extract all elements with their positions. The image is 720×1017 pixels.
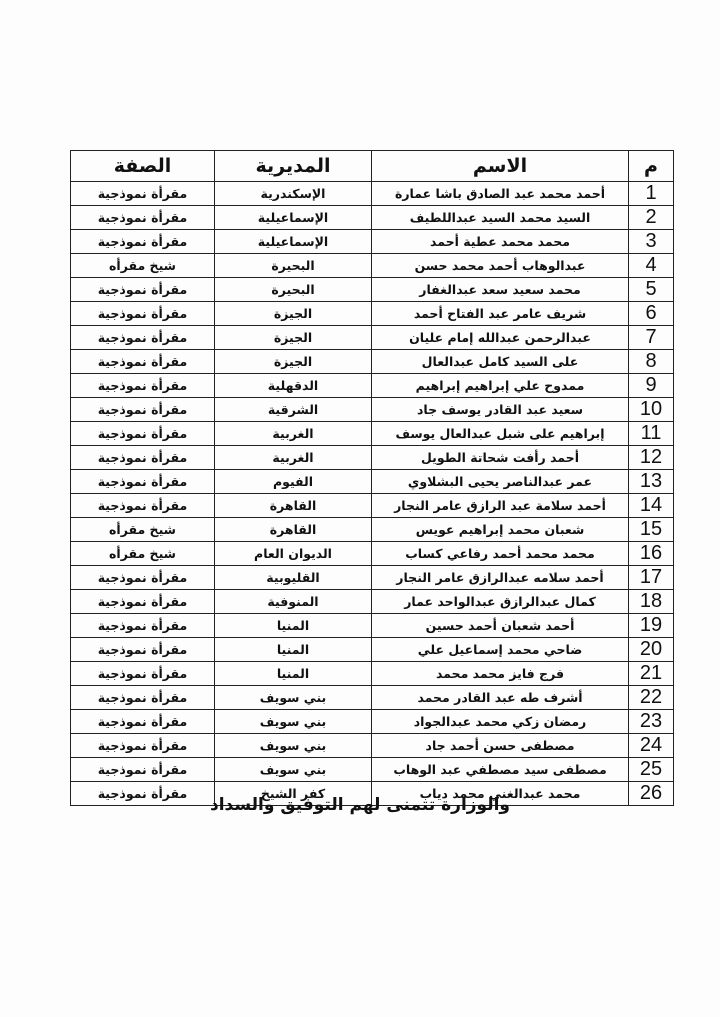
table-row: 10سعيد عبد القادر يوسف جادالشرقيةمقرأة ن… [71,398,674,422]
row-directorate: المنيا [215,638,372,662]
table-row: 24مصطفى حسن أحمد جادبني سويفمقرأة نموذجي… [71,734,674,758]
table-row: 22أشرف طه عبد القادر محمدبني سويفمقرأة ن… [71,686,674,710]
table-row: 11إبراهيم على شبل عبدالعال يوسفالغربيةمق… [71,422,674,446]
row-role: مقرأة نموذجية [71,398,215,422]
table-row: 6شريف عامر عبد الفتاح أحمدالجيزةمقرأة نم… [71,302,674,326]
row-number: 10 [629,398,674,422]
table-row: 21فرج فايز محمد محمدالمنيامقرأة نموذجية [71,662,674,686]
row-role: مقرأة نموذجية [71,278,215,302]
row-number: 15 [629,518,674,542]
row-name: أحمد سلامة عبد الرازق عامر النجار [372,494,629,518]
row-number: 14 [629,494,674,518]
row-number: 12 [629,446,674,470]
row-number: 5 [629,278,674,302]
row-name: السيد محمد السيد عبداللطيف [372,206,629,230]
row-directorate: بني سويف [215,710,372,734]
row-role: مقرأة نموذجية [71,734,215,758]
row-number: 8 [629,350,674,374]
row-role: مقرأة نموذجية [71,206,215,230]
closing-text: والوزارة تتمنى لهم التوفيق والسداد [0,795,720,815]
row-role: شيخ مقرأه [71,518,215,542]
row-role: مقرأة نموذجية [71,590,215,614]
row-role: مقرأة نموذجية [71,566,215,590]
row-number: 25 [629,758,674,782]
row-role: شيخ مقرأه [71,542,215,566]
row-role: مقرأة نموذجية [71,350,215,374]
row-directorate: المنيا [215,662,372,686]
row-name: عمر عبدالناصر يحيى البشلاوي [372,470,629,494]
row-number: 19 [629,614,674,638]
row-number: 9 [629,374,674,398]
row-role: مقرأة نموذجية [71,422,215,446]
table-row: 16محمد محمد أحمد رفاعي كسابالديوان العام… [71,542,674,566]
row-directorate: القاهرة [215,518,372,542]
row-directorate: الدقهلية [215,374,372,398]
row-directorate: المنوفية [215,590,372,614]
row-number: 23 [629,710,674,734]
row-number: 4 [629,254,674,278]
row-directorate: الجيزة [215,326,372,350]
table-row: 12أحمد رأفت شحاتة الطويلالغربيةمقرأة نمو… [71,446,674,470]
row-role: مقرأة نموذجية [71,182,215,206]
table-header-row: م الاسم المديرية الصفة [71,151,674,182]
header-num: م [629,151,674,182]
row-directorate: الغربية [215,422,372,446]
row-number: 7 [629,326,674,350]
row-directorate: القليوبية [215,566,372,590]
row-role: مقرأة نموذجية [71,446,215,470]
row-name: ممدوح علي إبراهيم إبراهيم [372,374,629,398]
row-name: سعيد عبد القادر يوسف جاد [372,398,629,422]
row-number: 2 [629,206,674,230]
table-row: 1أحمد محمد عبد الصادق باشا عمارةالإسكندر… [71,182,674,206]
table-row: 9ممدوح علي إبراهيم إبراهيمالدقهليةمقرأة … [71,374,674,398]
table-row: 17أحمد سلامه عبدالرازق عامر النجارالقليو… [71,566,674,590]
row-number: 24 [629,734,674,758]
row-directorate: الجيزة [215,302,372,326]
row-role: مقرأة نموذجية [71,302,215,326]
table-row: 23رمضان زكي محمد عبدالجوادبني سويفمقرأة … [71,710,674,734]
row-name: محمد محمد أحمد رفاعي كساب [372,542,629,566]
row-directorate: المنيا [215,614,372,638]
header-name: الاسم [372,151,629,182]
row-directorate: الشرقية [215,398,372,422]
row-directorate: الإسكندرية [215,182,372,206]
row-name: أشرف طه عبد القادر محمد [372,686,629,710]
row-role: مقرأة نموذجية [71,710,215,734]
table-row: 13عمر عبدالناصر يحيى البشلاويالفيوممقرأة… [71,470,674,494]
table-row: 5محمد سعيد سعد عبدالغفارالبحيرةمقرأة نمو… [71,278,674,302]
row-directorate: القاهرة [215,494,372,518]
header-directorate: المديرية [215,151,372,182]
table-row: 25مصطفى سيد مصطفي عبد الوهاببني سويفمقرأ… [71,758,674,782]
table-row: 4عبدالوهاب أحمد محمد حسنالبحيرةشيخ مقرأه [71,254,674,278]
table-row: 19أحمد شعبان أحمد حسينالمنيامقرأة نموذجي… [71,614,674,638]
row-number: 22 [629,686,674,710]
row-name: شعبان محمد إبراهيم عويس [372,518,629,542]
reciters-table: م الاسم المديرية الصفة 1أحمد محمد عبد ال… [70,150,674,806]
row-directorate: الديوان العام [215,542,372,566]
document-page: م الاسم المديرية الصفة 1أحمد محمد عبد ال… [0,0,720,1017]
row-name: كمال عبدالرازق عبدالواحد عمار [372,590,629,614]
row-name: محمد سعيد سعد عبدالغفار [372,278,629,302]
row-name: مصطفى حسن أحمد جاد [372,734,629,758]
row-role: مقرأة نموذجية [71,758,215,782]
row-number: 20 [629,638,674,662]
row-directorate: بني سويف [215,686,372,710]
row-number: 21 [629,662,674,686]
row-role: مقرأة نموذجية [71,494,215,518]
table-row: 2السيد محمد السيد عبداللطيفالإسماعيليةمق… [71,206,674,230]
table-row: 3محمد محمد عطية أحمدالإسماعيليةمقرأة نمو… [71,230,674,254]
row-role: شيخ مقرأه [71,254,215,278]
row-number: 17 [629,566,674,590]
row-directorate: بني سويف [215,734,372,758]
row-name: عبدالرحمن عبدالله إمام عليان [372,326,629,350]
row-name: ضاحي محمد إسماعيل علي [372,638,629,662]
row-directorate: الجيزة [215,350,372,374]
row-directorate: الإسماعيلية [215,206,372,230]
row-name: أحمد رأفت شحاتة الطويل [372,446,629,470]
table-body: 1أحمد محمد عبد الصادق باشا عمارةالإسكندر… [71,182,674,806]
row-directorate: الإسماعيلية [215,230,372,254]
row-name: مصطفى سيد مصطفي عبد الوهاب [372,758,629,782]
table-row: 7عبدالرحمن عبدالله إمام عليانالجيزةمقرأة… [71,326,674,350]
row-role: مقرأة نموذجية [71,638,215,662]
table-row: 20ضاحي محمد إسماعيل عليالمنيامقرأة نموذج… [71,638,674,662]
row-directorate: البحيرة [215,278,372,302]
row-name: على السيد كامل عبدالعال [372,350,629,374]
row-name: أحمد شعبان أحمد حسين [372,614,629,638]
row-name: رمضان زكي محمد عبدالجواد [372,710,629,734]
row-number: 1 [629,182,674,206]
row-directorate: الغربية [215,446,372,470]
row-role: مقرأة نموذجية [71,470,215,494]
row-role: مقرأة نموذجية [71,614,215,638]
row-role: مقرأة نموذجية [71,230,215,254]
row-number: 3 [629,230,674,254]
row-name: عبدالوهاب أحمد محمد حسن [372,254,629,278]
row-name: أحمد محمد عبد الصادق باشا عمارة [372,182,629,206]
row-role: مقرأة نموذجية [71,662,215,686]
table-row: 15شعبان محمد إبراهيم عويسالقاهرةشيخ مقرأ… [71,518,674,542]
table-row: 8على السيد كامل عبدالعالالجيزةمقرأة نموذ… [71,350,674,374]
row-role: مقرأة نموذجية [71,374,215,398]
row-directorate: بني سويف [215,758,372,782]
row-role: مقرأة نموذجية [71,326,215,350]
table-row: 18كمال عبدالرازق عبدالواحد عمارالمنوفيةم… [71,590,674,614]
row-directorate: البحيرة [215,254,372,278]
table-row: 14أحمد سلامة عبد الرازق عامر النجارالقاه… [71,494,674,518]
header-role: الصفة [71,151,215,182]
row-number: 16 [629,542,674,566]
row-number: 6 [629,302,674,326]
row-name: إبراهيم على شبل عبدالعال يوسف [372,422,629,446]
row-number: 13 [629,470,674,494]
row-name: أحمد سلامه عبدالرازق عامر النجار [372,566,629,590]
row-directorate: الفيوم [215,470,372,494]
row-number: 11 [629,422,674,446]
row-role: مقرأة نموذجية [71,686,215,710]
row-name: محمد محمد عطية أحمد [372,230,629,254]
row-number: 18 [629,590,674,614]
row-name: شريف عامر عبد الفتاح أحمد [372,302,629,326]
row-name: فرج فايز محمد محمد [372,662,629,686]
